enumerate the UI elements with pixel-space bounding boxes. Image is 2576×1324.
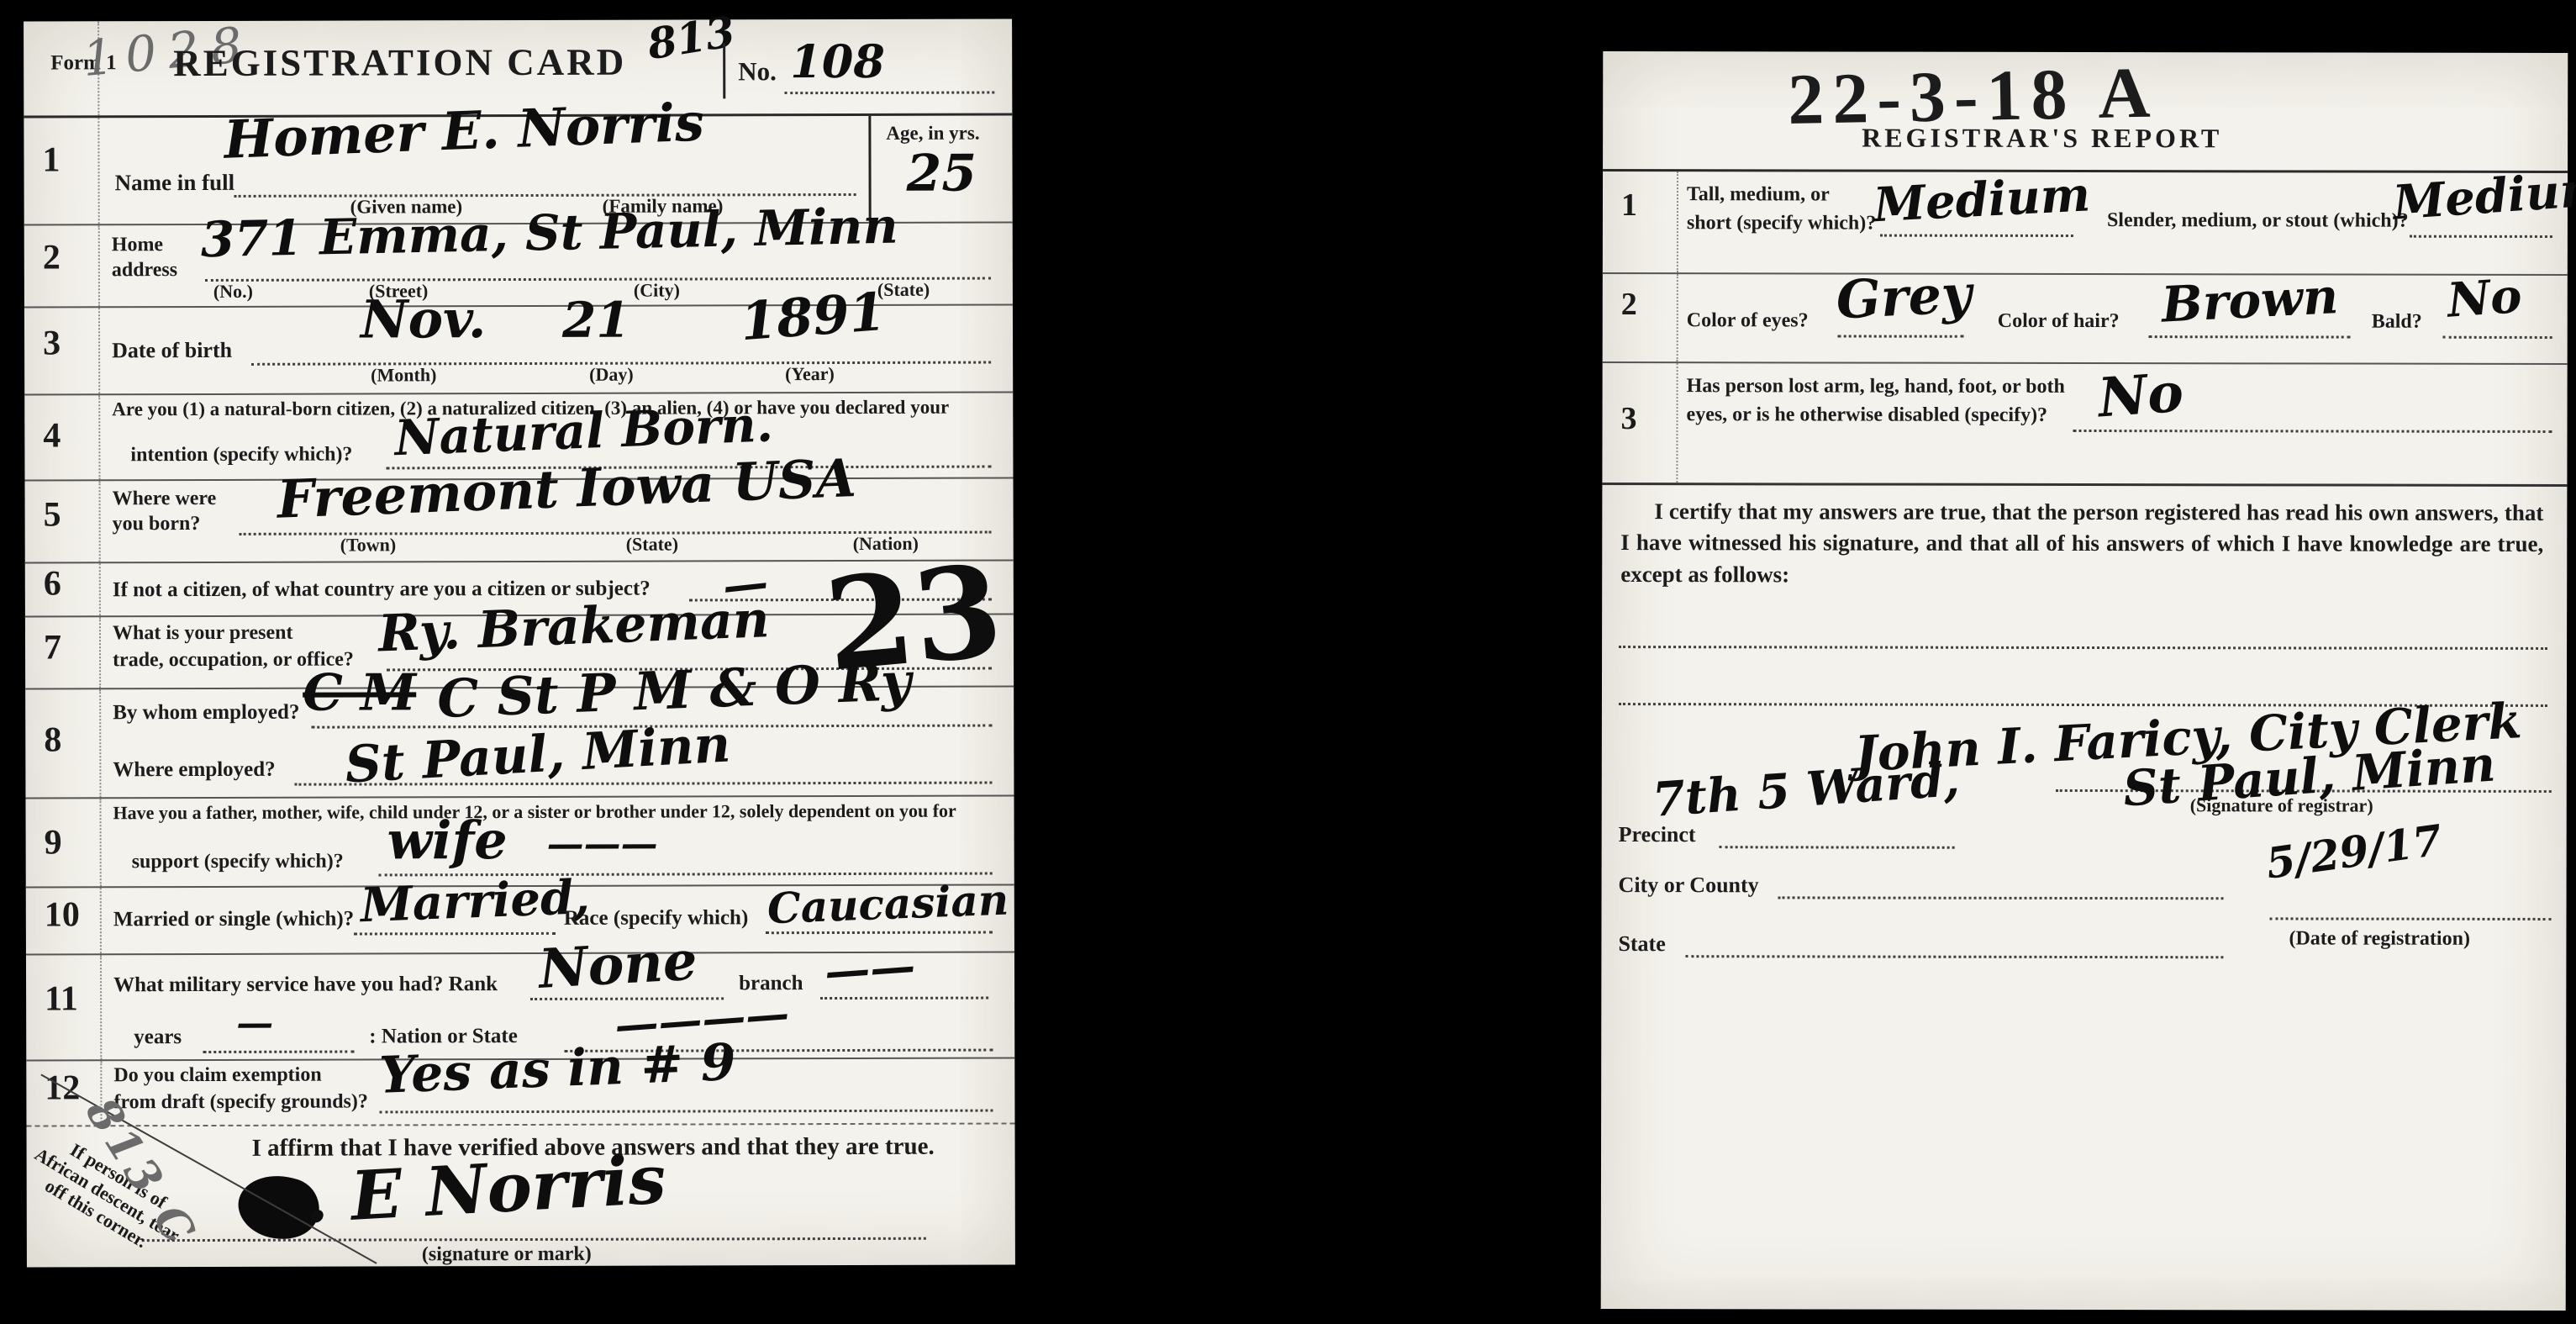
row-employer: 8 By whom employed? C M C St P M & O Ry … xyxy=(25,687,1014,799)
precinct-value: 7th 5 Ward, xyxy=(1651,752,1962,828)
row1-number: 1 xyxy=(42,140,60,180)
eyes-value: Grey xyxy=(1835,263,1973,331)
rank-value: None xyxy=(537,930,698,1001)
registrar-report-title: REGISTRAR'S REPORT xyxy=(1862,123,2222,155)
row6-number: 6 xyxy=(44,563,61,604)
citizenship-question-line2: intention (specify which)? xyxy=(130,444,352,467)
height-value: Medium xyxy=(1872,166,2091,233)
build-dotted-line xyxy=(2410,235,2552,238)
dob-year-value: 1891 xyxy=(739,281,888,352)
height-label-line2: short (specify which)? xyxy=(1687,212,1876,235)
dob-label: Date of birth xyxy=(112,338,232,363)
name-dotted-line xyxy=(234,193,856,198)
scan-canvas: { "colors": {"background":"#000000","pap… xyxy=(0,0,2576,1324)
eyes-label: Color of eyes? xyxy=(1687,309,1809,332)
no-dotted-line xyxy=(784,92,994,95)
trade-label-line1: What is your present xyxy=(113,622,293,646)
military-rank-label: What military service have you had? Rank xyxy=(113,973,498,997)
exemption-label-line1: Do you claim exemption xyxy=(113,1064,321,1088)
row11-number: 11 xyxy=(45,978,78,1019)
row9-number: 9 xyxy=(45,822,62,862)
where-employed-label: Where employed? xyxy=(113,758,275,783)
bald-label: Bald? xyxy=(2372,311,2422,334)
precinct-dotted-line xyxy=(1720,846,1955,848)
date-of-registration-dotted-line xyxy=(2270,917,2552,920)
home-label-line2: address xyxy=(112,259,177,282)
married-value: Married, xyxy=(360,869,591,933)
row-eyes-hair: 2 Color of eyes? Grey Color of hair? Bro… xyxy=(1603,274,2568,365)
no-label: No. xyxy=(738,56,777,87)
state-dotted-line xyxy=(1685,955,2223,958)
years-dash: — xyxy=(236,1002,273,1045)
race-dotted-line xyxy=(766,931,993,935)
exemption-value: Yes as in # 9 xyxy=(378,1033,737,1105)
hair-dotted-line xyxy=(2149,335,2351,338)
dependents-question-line1: Have you a father, mother, wife, child u… xyxy=(113,800,956,825)
town-sublabel: (Town) xyxy=(340,534,397,556)
registration-card-title: REGISTRATION CARD xyxy=(173,40,626,85)
branch-dash: —— xyxy=(823,938,917,999)
header-divider xyxy=(723,43,725,98)
years-label: years xyxy=(134,1026,182,1049)
born-label-line2: you born? xyxy=(113,513,201,535)
no-value: 108 xyxy=(790,34,885,88)
rc-row1-number: 1 xyxy=(1621,187,1637,224)
row-date-of-birth: 3 Date of birth Nov. 21 1891 (Month) (Da… xyxy=(24,305,1013,395)
row2-number: 2 xyxy=(43,237,61,277)
state-label: State xyxy=(1618,931,1665,957)
row-build: 1 Tall, medium, or short (specify which)… xyxy=(1603,171,2568,276)
registrar-report-card: 22-3-18 A REGISTRAR'S REPORT 1 Tall, med… xyxy=(1601,51,2568,1311)
dependents-dash: ——— xyxy=(547,823,658,866)
race-label: Race (specify which) xyxy=(564,906,748,931)
certification-text: I certify that my answers are true, that… xyxy=(1620,496,2543,592)
rc-row3-number: 3 xyxy=(1621,400,1637,437)
age-value: 25 xyxy=(906,145,977,203)
disabled-label-line2: eyes, or is he otherwise disabled (speci… xyxy=(1687,404,2048,427)
exemption-label-line2: from draft (specify grounds)? xyxy=(113,1090,368,1114)
no-sublabel: (No.) xyxy=(213,281,253,303)
state-sublabel: (State) xyxy=(877,279,930,301)
registration-date-value: 5/29/17 xyxy=(2263,815,2446,888)
bald-dotted-line xyxy=(2443,336,2552,339)
row3-number: 3 xyxy=(43,323,61,363)
dependents-value: wife xyxy=(387,810,508,871)
row8-number: 8 xyxy=(44,720,61,760)
build-label: Slender, medium, or stout (which)? xyxy=(2107,209,2409,233)
rc-row2-number: 2 xyxy=(1621,286,1637,323)
name-label: Name in full xyxy=(115,170,235,196)
married-label: Married or single (which)? xyxy=(113,908,354,932)
city-or-county-label: City or County xyxy=(1619,873,1759,898)
height-label-line1: Tall, medium, or xyxy=(1687,183,1830,206)
dob-day-value: 21 xyxy=(562,292,630,349)
race-value: Caucasian xyxy=(766,874,1009,933)
exception-line-1 xyxy=(1619,646,2547,650)
eyes-dotted-line xyxy=(1838,335,1964,337)
signature-or-mark-sublabel: (signature or mark) xyxy=(422,1243,592,1267)
bald-value: No xyxy=(2446,268,2524,329)
row4-number: 4 xyxy=(43,415,61,456)
row7-number: 7 xyxy=(44,627,61,667)
disabled-label-line1: Has person lost arm, leg, hand, foot, or… xyxy=(1687,375,2065,398)
precinct-label: Precinct xyxy=(1619,822,1696,847)
date-of-registration-sublabel: (Date of registration) xyxy=(2289,927,2470,950)
row-disabled: 3 Has person lost arm, leg, hand, foot, … xyxy=(1602,363,2567,487)
month-sublabel: (Month) xyxy=(371,364,436,386)
exemption-dotted-line xyxy=(379,1110,993,1114)
home-label-line1: Home xyxy=(112,234,163,256)
year-sublabel: (Year) xyxy=(785,363,835,385)
day-sublabel: (Day) xyxy=(589,364,634,386)
by-whom-employed-label: By whom employed? xyxy=(113,701,299,725)
dependents-question-line2: support (specify which)? xyxy=(132,851,344,874)
signature-dotted-line xyxy=(136,1237,926,1242)
years-dotted-line xyxy=(203,1051,354,1053)
city-or-county-dotted-line xyxy=(1778,896,2224,899)
height-dotted-line xyxy=(1880,235,2073,237)
dob-month-value: Nov. xyxy=(361,288,487,350)
disabled-value: No xyxy=(2096,361,2185,430)
registration-card: Form 1 1028 REGISTRATION CARD 813 No. 10… xyxy=(24,18,1015,1267)
disabled-dotted-line xyxy=(2073,430,2552,433)
registrar-report-header: 22-3-18 A REGISTRAR'S REPORT xyxy=(1603,51,2568,173)
stamp-23: 23 xyxy=(820,537,1009,700)
row5-number: 5 xyxy=(44,494,61,535)
born-label-line1: Where were xyxy=(113,488,217,510)
registrar-bottom-area: I certify that my answers are true, that… xyxy=(1601,479,2568,1311)
age-label: Age, in yrs. xyxy=(886,123,979,145)
born-state-sublabel: (State) xyxy=(626,534,678,556)
employer-struck-value: C M xyxy=(303,663,416,722)
hair-value: Brown xyxy=(2160,267,2340,334)
hair-label: Color of hair? xyxy=(1998,310,2120,333)
row10-number: 10 xyxy=(45,894,80,935)
city-sublabel: (City) xyxy=(634,279,680,301)
married-dotted-line xyxy=(354,932,556,936)
row-exemption: 12 Do you claim exemption from draft (sp… xyxy=(26,1058,1014,1126)
